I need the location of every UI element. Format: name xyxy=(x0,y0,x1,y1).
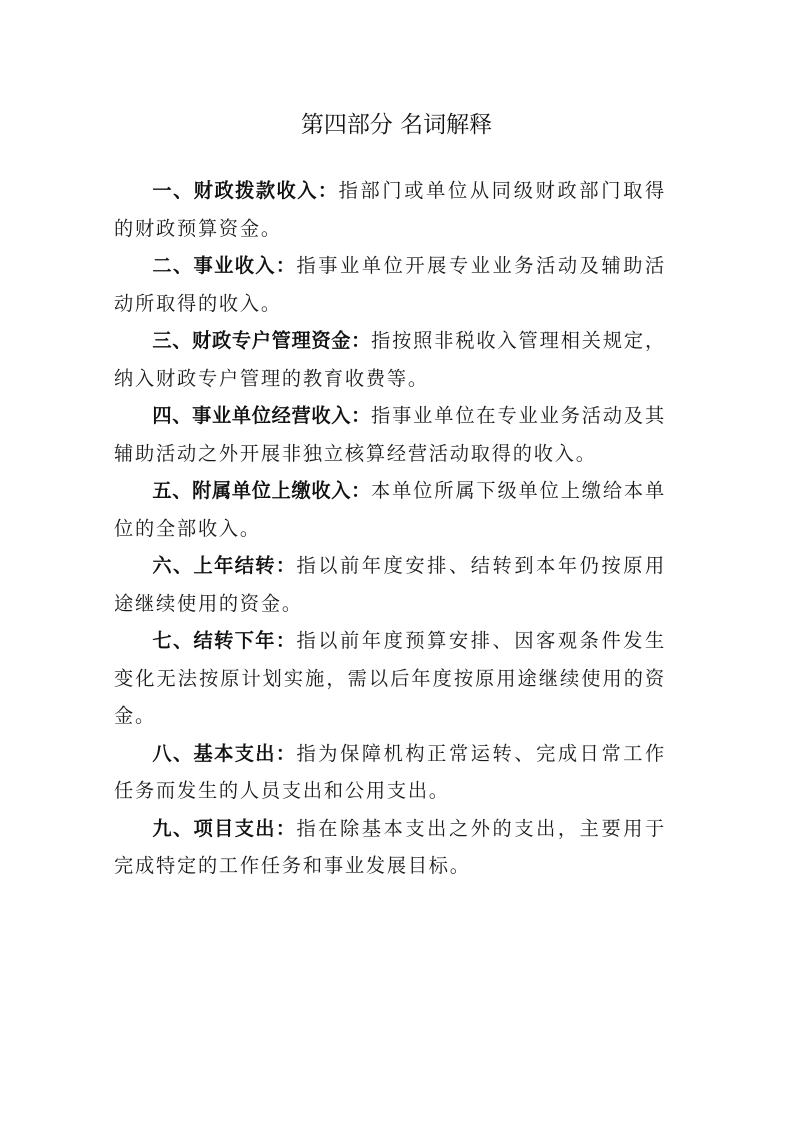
term-label: 七、结转下年： xyxy=(152,629,296,652)
term-label: 三、财政专户管理资金： xyxy=(152,329,371,352)
term-label: 一、财政拨款收入： xyxy=(152,179,338,202)
glossary-entry-3: 三、财政专户管理资金：指按照非税收入管理相关规定，纳入财政专户管理的教育收费等。 xyxy=(114,322,666,397)
page-title: 第四部分 名词解释 xyxy=(0,108,793,142)
glossary-entry-1: 一、财政拨款收入：指部门或单位从同级财政部门取得的财政预算资金。 xyxy=(114,172,666,247)
glossary-entry-6: 六、上年结转：指以前年度安排、结转到本年仍按原用途继续使用的资金。 xyxy=(114,547,666,622)
glossary-entry-9: 九、项目支出：指在除基本支出之外的支出，主要用于完成特定的工作任务和事业发展目标… xyxy=(114,810,666,885)
term-label: 六、上年结转： xyxy=(152,554,296,577)
glossary-body: 一、财政拨款收入：指部门或单位从同级财政部门取得的财政预算资金。 二、事业收入：… xyxy=(114,172,666,885)
glossary-entry-4: 四、事业单位经营收入：指事业单位在专业业务活动及其辅助活动之外开展非独立核算经营… xyxy=(114,397,666,472)
term-label: 九、项目支出： xyxy=(152,817,296,840)
term-label: 四、事业单位经营收入： xyxy=(152,404,371,427)
term-label: 五、附属单位上缴收入： xyxy=(152,479,371,502)
glossary-entry-2: 二、事业收入：指事业单位开展专业业务活动及辅助活动所取得的收入。 xyxy=(114,247,666,322)
glossary-entry-7: 七、结转下年：指以前年度预算安排、因客观条件发生变化无法按原计划实施，需以后年度… xyxy=(114,622,666,735)
term-label: 二、事业收入： xyxy=(152,254,296,277)
document-page: 第四部分 名词解释 一、财政拨款收入：指部门或单位从同级财政部门取得的财政预算资… xyxy=(0,0,793,1122)
term-label: 八、基本支出： xyxy=(152,742,296,765)
glossary-entry-8: 八、基本支出：指为保障机构正常运转、完成日常工作任务而发生的人员支出和公用支出。 xyxy=(114,735,666,810)
glossary-entry-5: 五、附属单位上缴收入：本单位所属下级单位上缴给本单位的全部收入。 xyxy=(114,472,666,547)
